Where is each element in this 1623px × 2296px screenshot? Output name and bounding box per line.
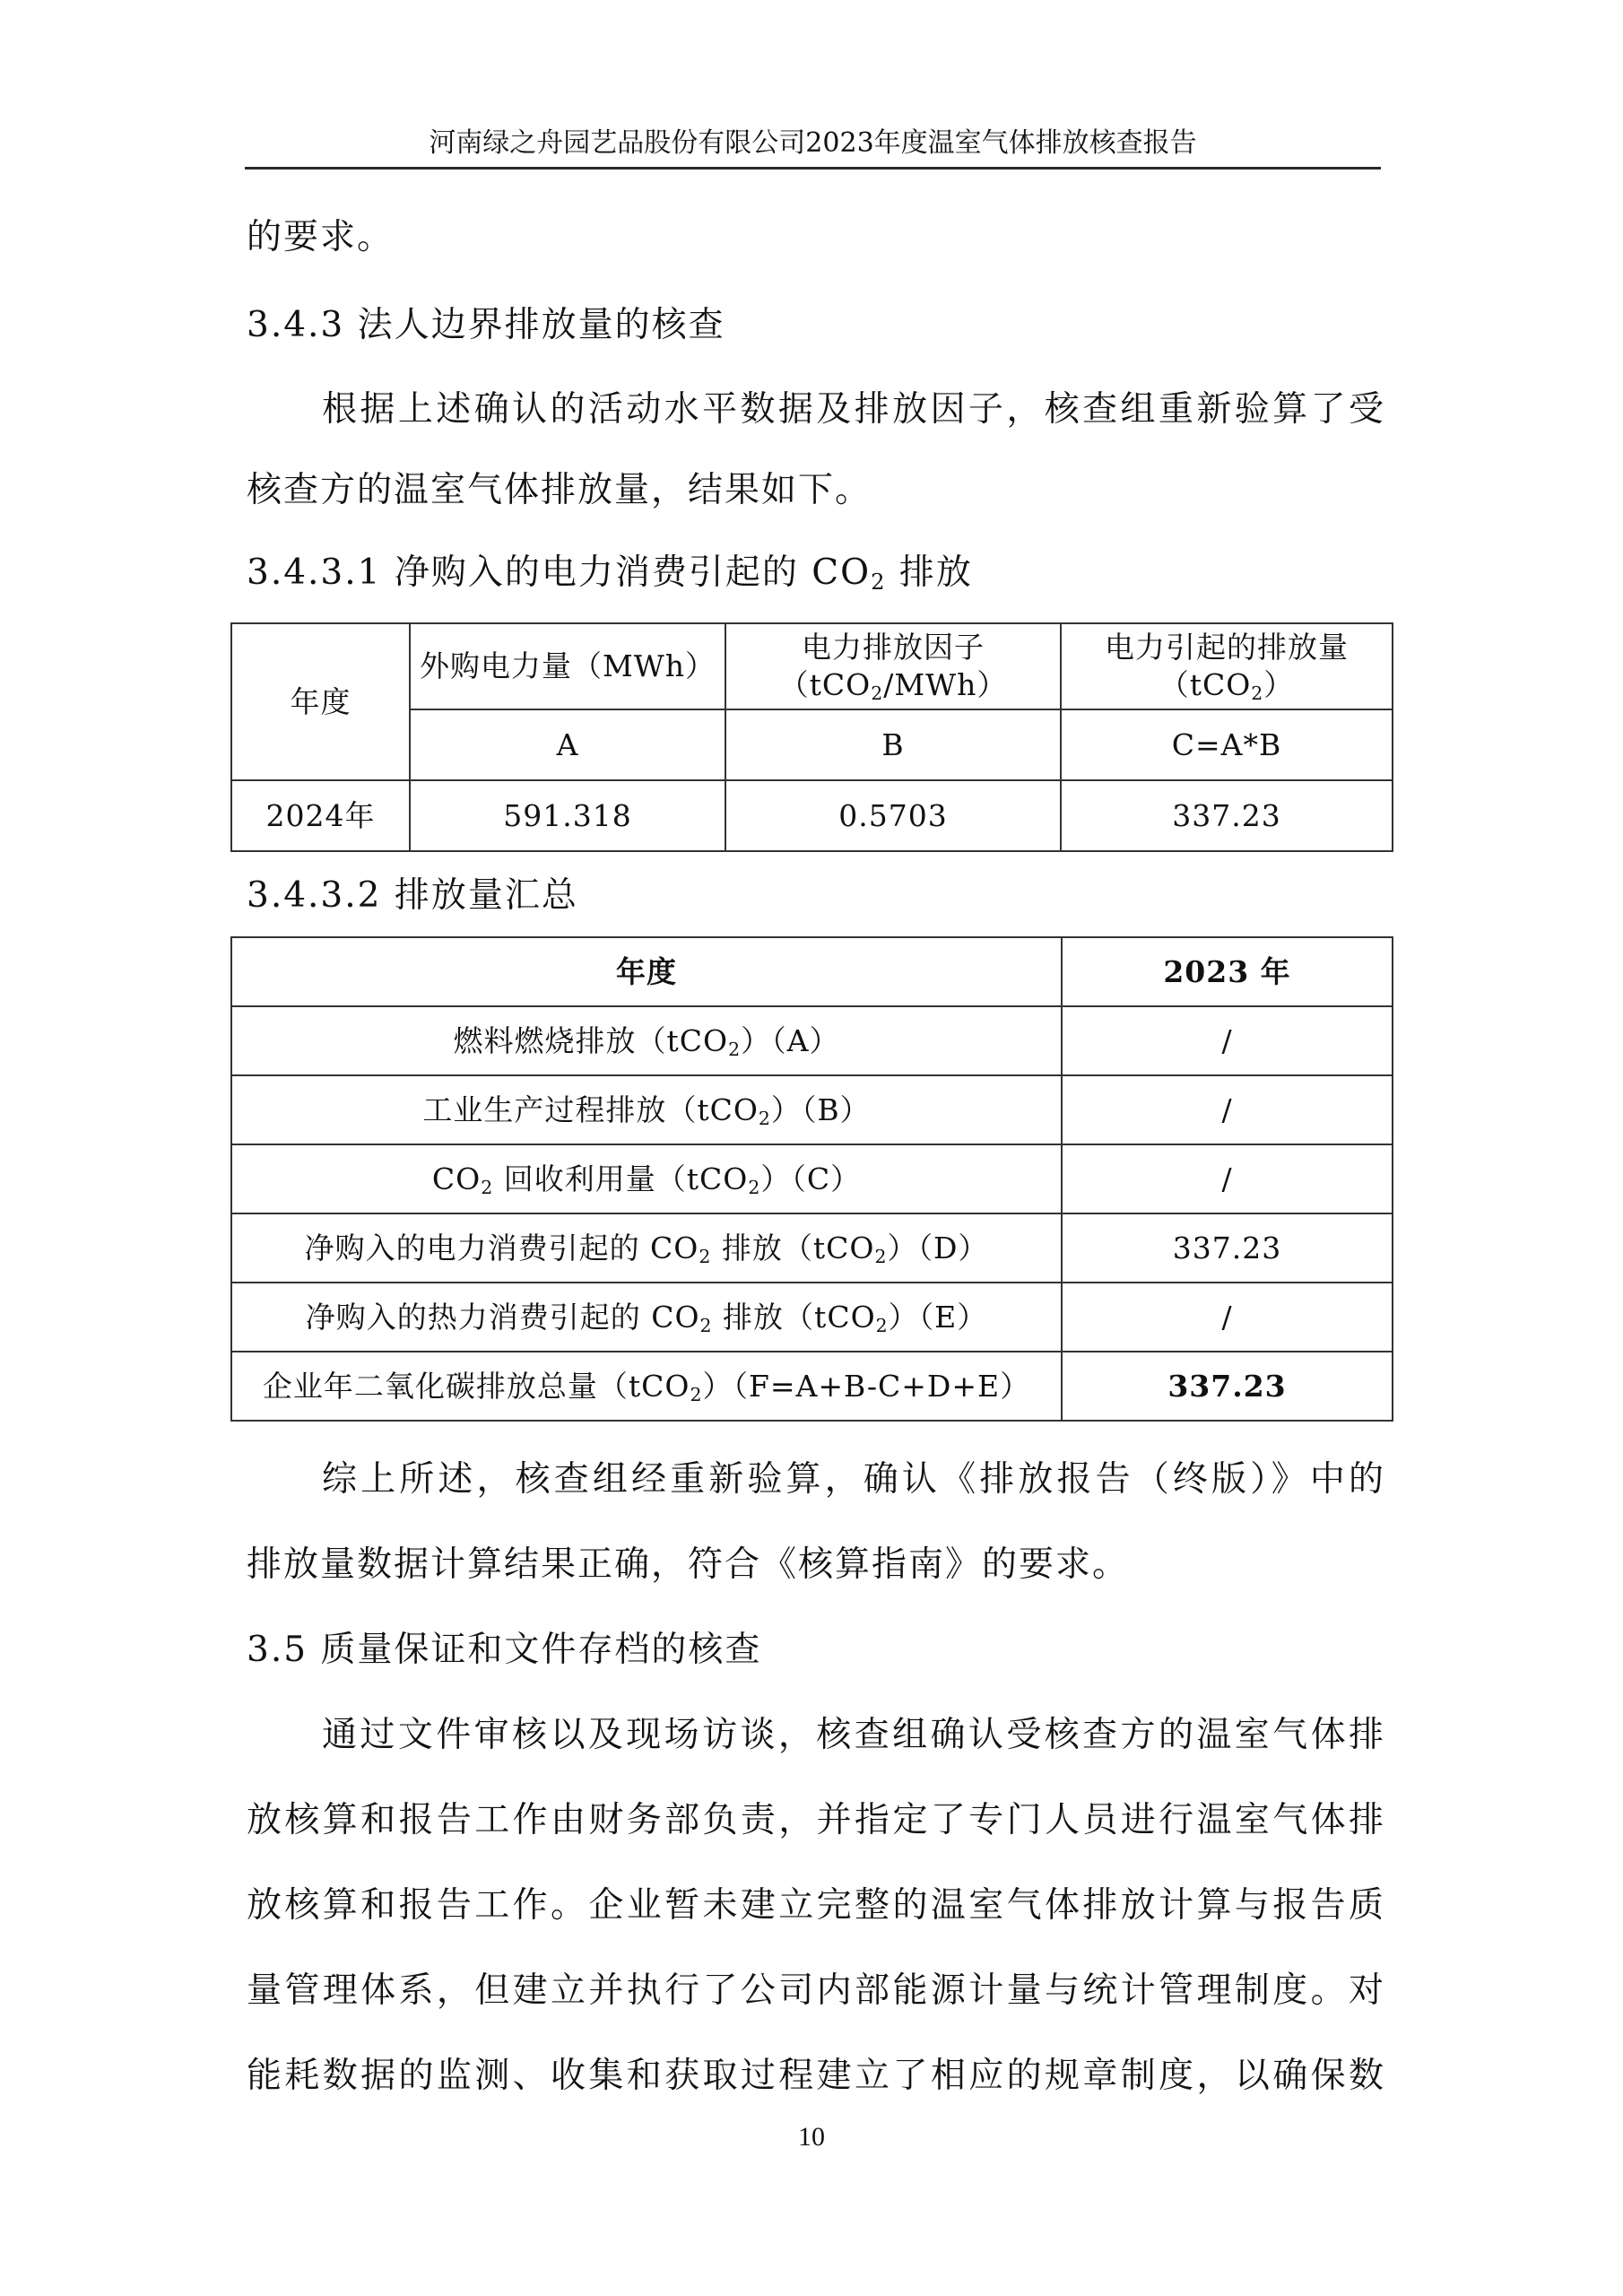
paragraph-line: 放核算和报告工作由财务部负责，并指定了专门人员进行温室气体排 xyxy=(247,1798,1385,1843)
header-year: 年度 xyxy=(231,623,410,780)
cell-year: 2024年 xyxy=(231,780,410,851)
table-row: 净购入的热力消费引起的 CO2 排放（tCO2）（E） / xyxy=(231,1283,1393,1352)
row-label: CO2 回收利用量（tCO2）（C） xyxy=(231,1144,1062,1213)
row-label: 净购入的热力消费引起的 CO2 排放（tCO2）（E） xyxy=(231,1283,1062,1352)
emissions-summary-table: 年度 2023 年 燃料燃烧排放（tCO2）（A） / 工业生产过程排放（tCO… xyxy=(230,936,1393,1422)
row-value: / xyxy=(1062,1075,1393,1144)
cell-purchased-power: 591.318 xyxy=(410,780,725,851)
paragraph-line: 通过文件审核以及现场访谈，核查组确认受核查方的温室气体排 xyxy=(247,1713,1385,1758)
paragraph-fragment: 的要求。 xyxy=(247,215,1385,260)
symbol-b: B xyxy=(725,709,1061,780)
header-value: 2023 年 xyxy=(1062,937,1393,1006)
header-emissions: 电力引起的排放量 （tCO2） xyxy=(1061,623,1393,709)
row-value-total: 337.23 xyxy=(1062,1352,1393,1421)
header-emission-factor: 电力排放因子 （tCO2/MWh） xyxy=(725,623,1061,709)
electricity-emissions-table: 年度 外购电力量（MWh） 电力排放因子 （tCO2/MWh） 电力引起的排放量… xyxy=(230,622,1393,852)
paragraph-line: 核查方的温室气体排放量，结果如下。 xyxy=(247,468,1385,513)
row-label: 工业生产过程排放（tCO2）（B） xyxy=(231,1075,1062,1144)
table-row: CO2 回收利用量（tCO2）（C） / xyxy=(231,1144,1393,1213)
table-row: 工业生产过程排放（tCO2）（B） / xyxy=(231,1075,1393,1144)
report-title: 河南绿之舟园艺品股份有限公司2023年度温室气体排放核查报告 xyxy=(429,127,1196,159)
section-heading-3-5: 3.5 质量保证和文件存档的核查 xyxy=(247,1628,1385,1673)
table-row: 2024年 591.318 0.5703 337.23 xyxy=(231,780,1393,851)
row-value: / xyxy=(1062,1006,1393,1075)
table-row-total: 企业年二氧化碳排放总量（tCO2）（F=A+B-C+D+E） 337.23 xyxy=(231,1352,1393,1421)
row-value: 337.23 xyxy=(1062,1213,1393,1283)
header-item: 年度 xyxy=(231,937,1062,1006)
symbol-a: A xyxy=(410,709,725,780)
row-label: 企业年二氧化碳排放总量（tCO2）（F=A+B-C+D+E） xyxy=(231,1352,1062,1421)
running-header: 河南绿之舟园艺品股份有限公司2023年度温室气体排放核查报告 xyxy=(245,124,1381,170)
row-value: / xyxy=(1062,1144,1393,1213)
symbol-c: C=A*B xyxy=(1061,709,1393,780)
header-purchased-power: 外购电力量（MWh） xyxy=(410,623,725,709)
paragraph-line: 放核算和报告工作。企业暂未建立完整的温室气体排放计算与报告质 xyxy=(247,1883,1385,1928)
table-row: 燃料燃烧排放（tCO2）（A） / xyxy=(231,1006,1393,1075)
section-heading-3-4-3-2: 3.4.3.2 排放量汇总 xyxy=(247,874,1385,918)
row-label: 燃料燃烧排放（tCO2）（A） xyxy=(231,1006,1062,1075)
section-heading-3-4-3: 3.4.3 法人边界排放量的核查 xyxy=(247,303,1385,348)
paragraph-line: 能耗数据的监测、收集和获取过程建立了相应的规章制度，以确保数 xyxy=(247,2054,1385,2099)
paragraph-line: 量管理体系，但建立并执行了公司内部能源计量与统计管理制度。对 xyxy=(247,1969,1385,2013)
paragraph-line: 排放量数据计算结果正确，符合《核算指南》的要求。 xyxy=(247,1543,1385,1587)
paragraph-line: 根据上述确认的活动水平数据及排放因子，核查组重新验算了受 xyxy=(247,387,1385,432)
page-number: 10 xyxy=(0,2122,1623,2152)
cell-emission-factor: 0.5703 xyxy=(725,780,1061,851)
cell-emissions: 337.23 xyxy=(1061,780,1393,851)
row-label: 净购入的电力消费引起的 CO2 排放（tCO2）（D） xyxy=(231,1213,1062,1283)
paragraph-line: 综上所述，核查组经重新验算，确认《排放报告（终版）》中的 xyxy=(247,1457,1385,1502)
section-heading-3-4-3-1: 3.4.3.1 净购入的电力消费引起的 CO2 排放 xyxy=(247,551,1385,596)
row-value: / xyxy=(1062,1283,1393,1352)
table-row: 净购入的电力消费引起的 CO2 排放（tCO2）（D） 337.23 xyxy=(231,1213,1393,1283)
